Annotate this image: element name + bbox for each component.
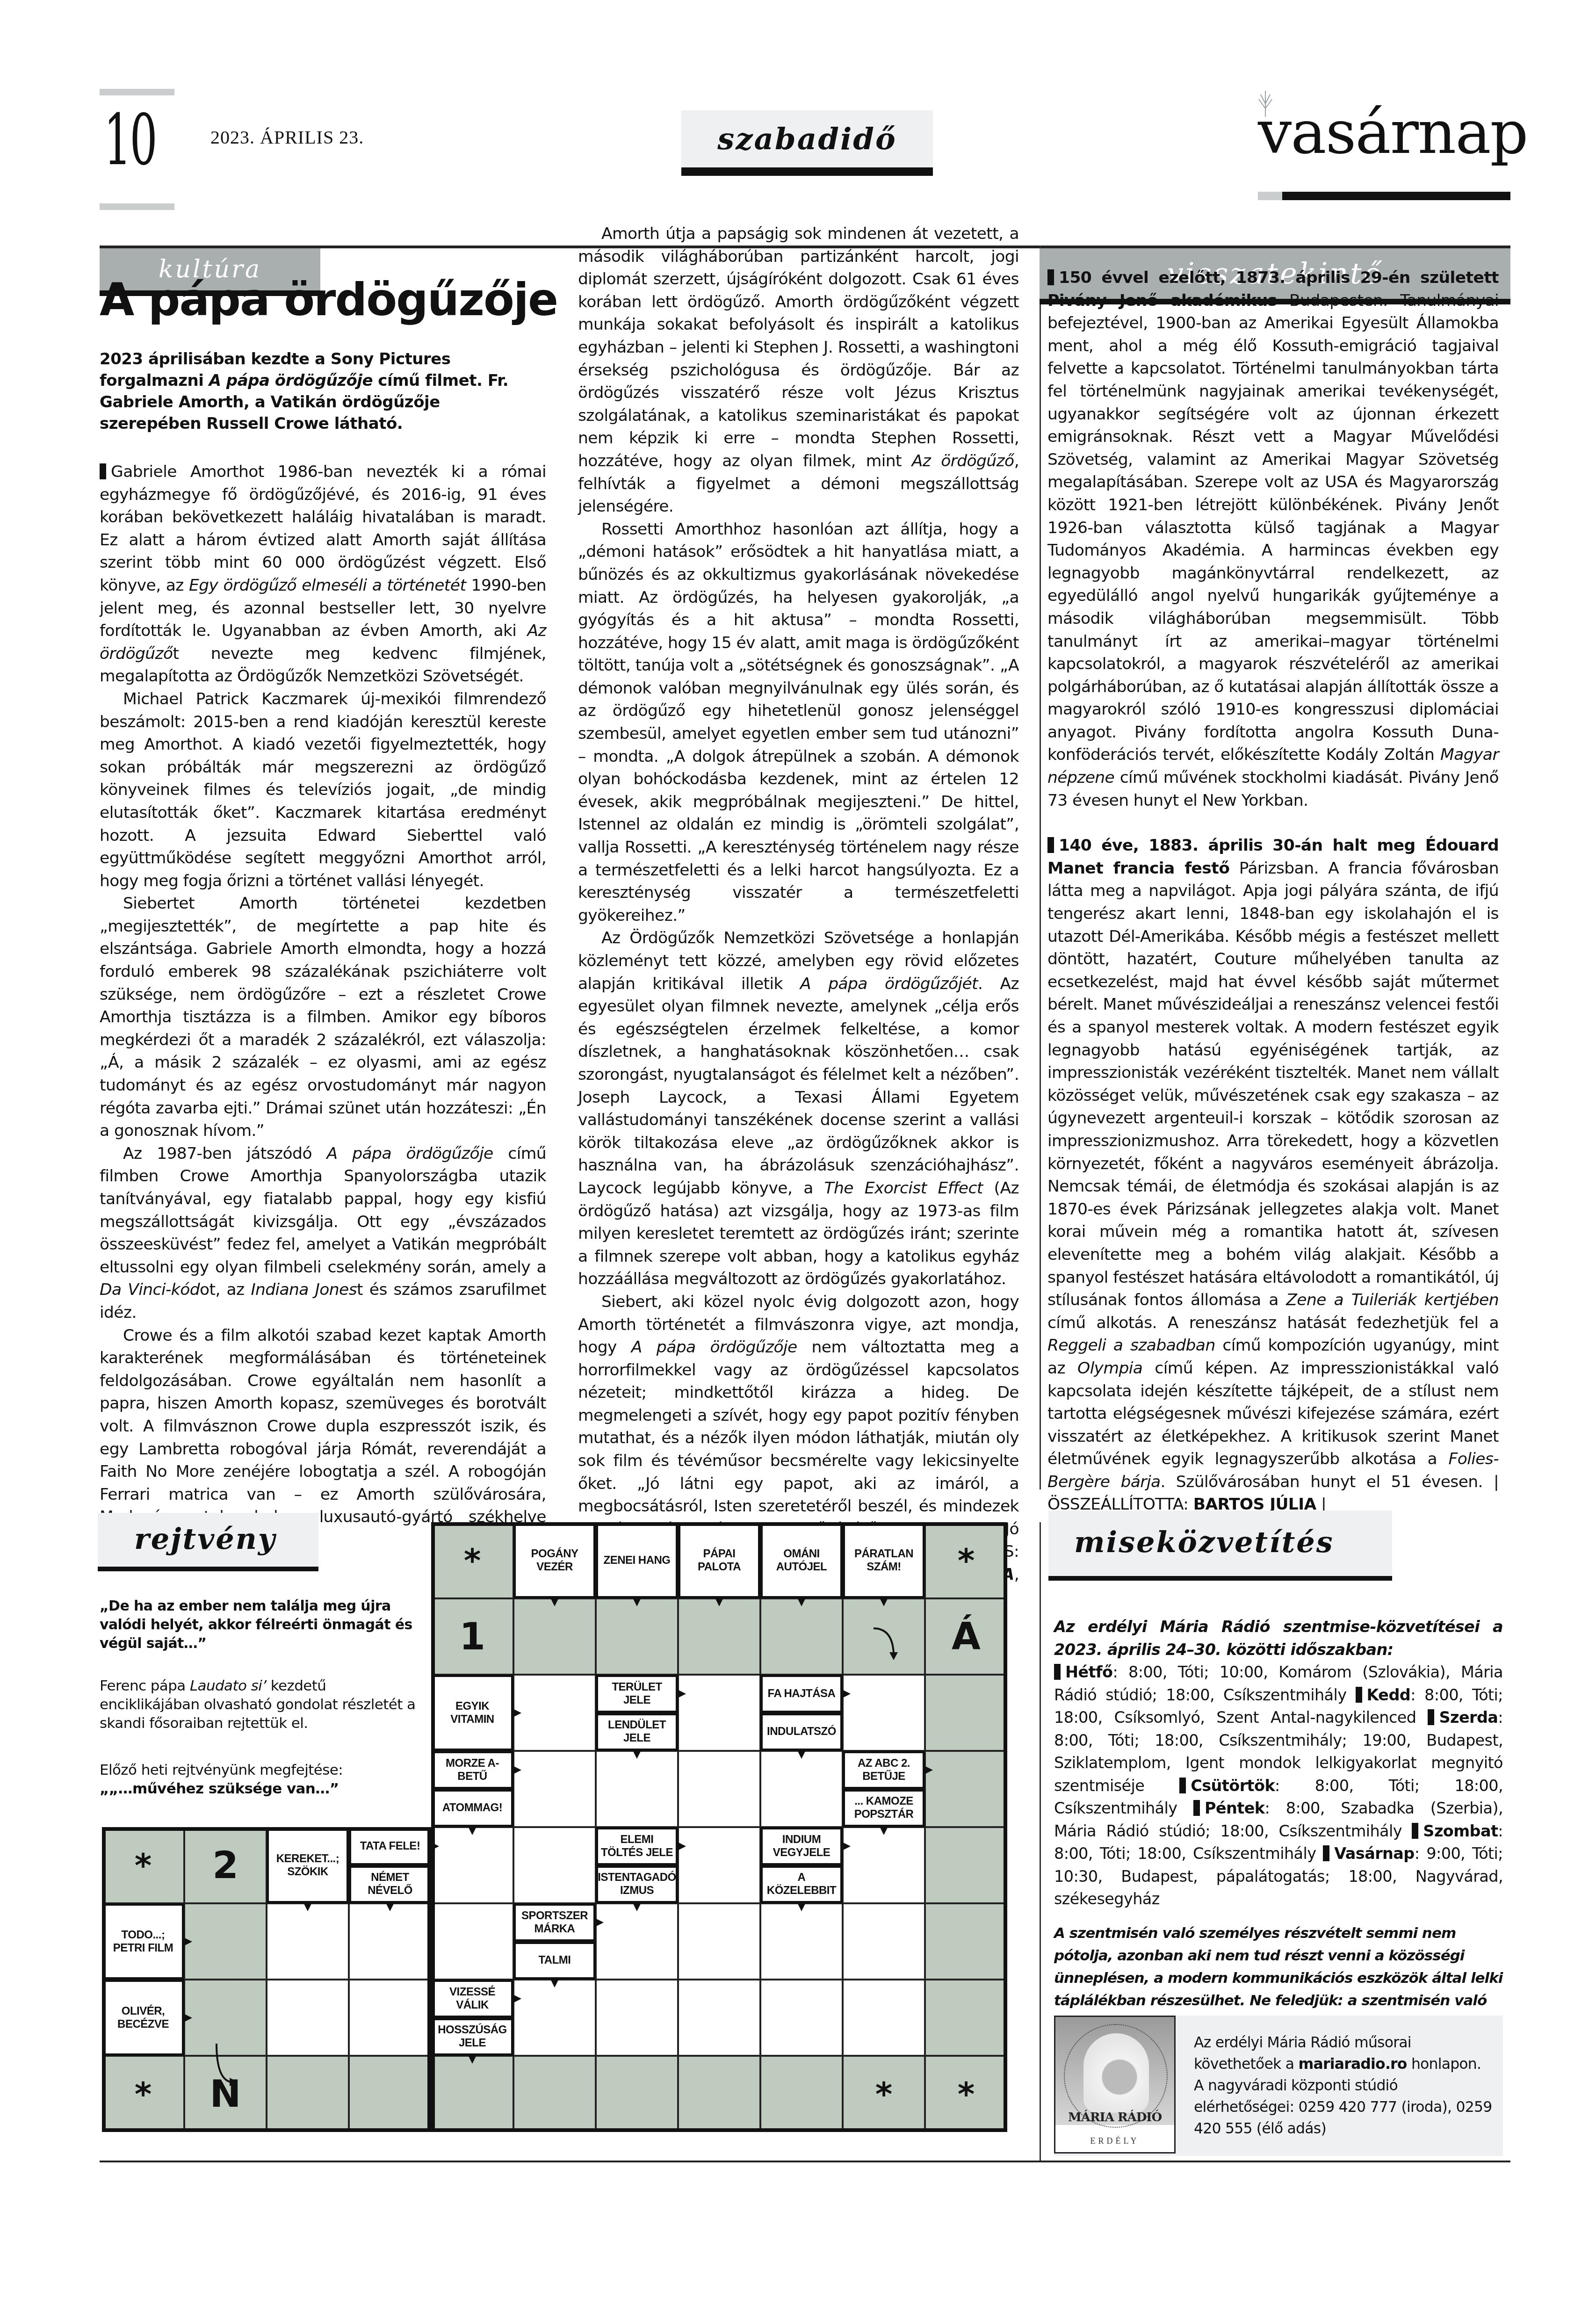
answer-cell-highlighted[interactable] [760, 2056, 843, 2132]
answer-cell[interactable] [843, 1903, 925, 1980]
text-run: Michael Patrick Kaczmarek új-mexikói fil… [100, 690, 546, 890]
text-run: Budapesten. Tanulmányai befejeztével, 19… [1047, 291, 1499, 765]
maria-radio-logo: MÁRIA RÁDIÓ ERDÉLY [1054, 2016, 1176, 2154]
clue-cell: FA HAJTÁSA [760, 1675, 843, 1713]
clue-cell: NÉMET NÉVELŐ [349, 1865, 431, 1904]
given-letter-cell: * [925, 1522, 1007, 1598]
text-run: Olympia [1077, 1359, 1142, 1378]
text-run: Da Vinci-kód [100, 1280, 200, 1299]
bullet-square-icon [1047, 269, 1054, 285]
mass-day: Hétfő [1065, 1663, 1112, 1681]
text-run: A pápa ördögűzője [209, 371, 373, 390]
clue-cell: ... KAMOZE POPSZTÁR [843, 1789, 925, 1828]
text-run: The Exorcist Effect [824, 1179, 983, 1198]
clue-cell: TODO...; PETRI FILM [102, 1903, 184, 1980]
answer-cell-highlighted[interactable] [678, 1598, 760, 1675]
article-lead: 2023 áprilisában kezdte a Sony Pictures … [100, 348, 546, 434]
mass-intro: Az erdélyi Mária Rádió szentmise-közvetí… [1054, 1618, 1503, 1659]
mass-day: Szombat [1423, 1822, 1498, 1840]
clue-cell: PÁRATLAN SZÁM! [843, 1522, 925, 1598]
given-letter-cell: * [925, 2056, 1007, 2132]
answer-cell[interactable] [267, 1980, 349, 2056]
answer-cell[interactable] [513, 1827, 596, 1903]
article-headline: A pápa ördögűzője [100, 274, 557, 326]
mass-day: Péntek [1205, 1799, 1265, 1817]
clue-cell: AZ ABC 2. BETŰJE [843, 1751, 925, 1789]
bullet-square-icon [1193, 1800, 1200, 1816]
publication-logo: vasárnap [1258, 94, 1510, 164]
text-run: Párizsban. A francia fővárosban látta me… [1047, 859, 1499, 1309]
page-number-bar-top [100, 89, 174, 95]
bullet-square-icon [1323, 1845, 1329, 1861]
answer-cell[interactable] [678, 1751, 760, 1827]
clue-cell: POGÁNY VEZÉR [513, 1522, 596, 1598]
answer-cell-highlighted[interactable] [267, 2056, 349, 2132]
answer-cell-highlighted[interactable] [596, 1598, 678, 1675]
answer-cell-highlighted[interactable] [843, 1598, 925, 1675]
given-letter-cell: * [102, 1827, 184, 1903]
answer-cell[interactable] [760, 1903, 843, 1980]
text-run: . Az egyesület olyan filmnek nevezte, am… [578, 975, 1019, 1198]
clue-cell: PÁPAI PALOTA [678, 1522, 760, 1598]
logo-name: MÁRIA RÁDIÓ [1055, 2110, 1174, 2125]
article-column-1: Gabriele Amorthot 1986-ban nevezték ki a… [100, 461, 546, 1552]
text-run: című filmben Crowe Amorthja Spanyolorszá… [100, 1144, 546, 1277]
text-run: Zene a Tuileriák kertjében [1286, 1291, 1499, 1309]
paragraph: Az 1987-ben játszódó A pápa ördögűzője c… [100, 1142, 546, 1324]
given-letter-cell: 2 [184, 1827, 267, 1903]
text-run: című művének stockholmi kiadását. Pivány… [1047, 768, 1499, 810]
section-label-mise: miseközvetítés [1048, 1511, 1392, 1581]
issue-date: 2023. ÁPRILIS 23. [210, 126, 364, 148]
logo-subtitle: ERDÉLY [1055, 2136, 1174, 2146]
answer-cell[interactable] [513, 1751, 596, 1827]
answer-cell-highlighted[interactable] [349, 2056, 431, 2132]
answer-cell[interactable] [596, 1751, 678, 1827]
text-run: Egy ördögűző elmeséli a történetét [189, 576, 466, 595]
clue-cell: TALMI [513, 1942, 596, 1980]
answer-cell[interactable] [596, 1980, 678, 2056]
radio-line-2: honlapon. [1407, 2056, 1481, 2073]
paragraph: Rossetti Amorthhoz hasonlóan azt állítja… [578, 518, 1019, 927]
paragraph: Az Ördögűzők Nemzetközi Szövetsége a hon… [578, 927, 1019, 1291]
clue-cell: EGYIK VITAMIN [431, 1675, 513, 1751]
clue-cell: TATA FELE! [349, 1827, 431, 1865]
answer-cell[interactable] [513, 1675, 596, 1751]
answer-cell[interactable] [349, 1903, 431, 1980]
text-run: Gabriele Amorthot 1986-ban nevezték ki a… [100, 463, 546, 595]
bullet-square-icon [1054, 1664, 1061, 1680]
article-column-2: Amorth útja a papságig sok mindenen át v… [578, 223, 1019, 1609]
logo-underline [1258, 192, 1510, 200]
clue-cell: ZENEI HANG [596, 1522, 678, 1598]
mass-schedule: Az erdélyi Mária Rádió szentmise-közvetí… [1054, 1616, 1503, 1911]
clue-cell: INDIUM VEGYJELE [760, 1827, 843, 1865]
answer-cell-highlighted[interactable] [925, 1827, 1007, 1903]
clue-cell: VIZESSÉ VÁLIK [431, 1980, 513, 2018]
text-run: A pápa ördögűzőjét [800, 975, 978, 993]
paragraph: 150 évvel ezelőtt, 1873. április 29-én s… [1047, 267, 1499, 812]
given-letter-cell: 1 [431, 1598, 513, 1675]
clue-cell: ISTENTAGADÓ IZMUS [596, 1865, 678, 1904]
answer-cell[interactable] [431, 1827, 513, 1903]
retrospective-column: 150 évvel ezelőtt, 1873. április 29-én s… [1047, 267, 1499, 1516]
page-number-bar-bottom [100, 203, 174, 210]
text-run: ot, az [200, 1280, 251, 1299]
page-number: 10 [104, 105, 156, 175]
given-letter-cell: Á [925, 1598, 1007, 1675]
bottom-rule [100, 2161, 1510, 2162]
mass-day: Kedd [1367, 1686, 1411, 1704]
radio-contacts: A nagyváradi központi stúdió elérhetőség… [1194, 2077, 1492, 2137]
answer-cell[interactable] [678, 1827, 760, 1903]
answer-cell[interactable] [513, 1980, 596, 2056]
text-run: Az 1987-ben játszódó [123, 1144, 327, 1163]
clue-cell: A KÖZELEBBIT [760, 1865, 843, 1904]
text-run: Amorth útja a papságig sok mindenen át v… [578, 224, 1019, 470]
clue-cell: INDULATSZÓ [760, 1713, 843, 1751]
text-run: című alkotás. A reneszánsz hatását fedez… [1047, 1314, 1499, 1332]
mass-day: Csütörtök [1191, 1777, 1275, 1795]
answer-cell[interactable] [678, 1980, 760, 2056]
radio-info-text: Az erdélyi Mária Rádió műsorai követhető… [1194, 2032, 1498, 2139]
answer-cell-highlighted[interactable] [184, 1980, 267, 2056]
column-divider [1040, 246, 1041, 1489]
column-divider-bottom [1040, 1522, 1041, 2161]
answer-cell[interactable] [596, 1903, 678, 1980]
given-letter-cell: * [843, 2056, 925, 2132]
answer-cell[interactable] [760, 1751, 843, 1827]
answer-cell[interactable] [431, 1903, 513, 1980]
clue-cell: OLIVÉR, BECÉZVE [102, 1980, 184, 2056]
answer-cell[interactable] [267, 1903, 349, 1980]
text-run: Siebertet Amorth történetei kezdetben „m… [100, 894, 546, 1140]
paragraph: Siebertet Amorth történetei kezdetben „m… [100, 892, 546, 1142]
given-letter-cell: * [431, 1522, 513, 1598]
section-tab: szabadidő [681, 110, 933, 176]
paragraph: Michael Patrick Kaczmarek új-mexikói fil… [100, 688, 546, 892]
answer-cell[interactable] [760, 1980, 843, 2056]
clue-cell: SPORTSZER MÁRKA [513, 1903, 596, 1942]
text-run: Indiana Jones [251, 1280, 357, 1299]
answer-cell[interactable] [843, 1827, 925, 1903]
clue-cell: MORZE A-BETŰ [431, 1751, 513, 1789]
answer-cell-highlighted[interactable] [925, 1980, 1007, 2056]
text-run: Az ördögűző [912, 452, 1014, 470]
text-run: A pápa ördögűzője [327, 1144, 493, 1163]
text-run: Rossetti Amorthhoz hasonlóan azt állítja… [578, 520, 1019, 925]
bullet-square-icon [1179, 1778, 1186, 1793]
answer-cell-highlighted[interactable] [925, 1675, 1007, 1751]
clue-cell: LENDÜLET JELE [596, 1713, 678, 1751]
paragraph: 140 éve, 1883. április 30-án halt meg Éd… [1047, 834, 1499, 1516]
bullet-square-icon [1356, 1687, 1362, 1703]
clue-cell: OMÁNI AUTÓJEL [760, 1522, 843, 1598]
crossword-grid: *POGÁNY VEZÉRZENEI HANGPÁPAI PALOTAOMÁNI… [102, 1522, 1007, 2131]
bullet-square-icon [1047, 837, 1054, 853]
publication-name: vasárnap [1258, 103, 1528, 163]
answer-cell-highlighted[interactable] [925, 1751, 1007, 1827]
answer-cell-highlighted[interactable] [184, 1903, 267, 1980]
answer-cell[interactable] [843, 1980, 925, 2056]
given-letter-cell: * [102, 2056, 184, 2132]
answer-cell[interactable] [678, 1903, 760, 1980]
madonna-image [1083, 2033, 1149, 2113]
clue-cell: ATOMMAG! [431, 1789, 513, 1828]
section-title: szabadidő [717, 122, 897, 157]
clue-cell: KEREKET...; SZÖKIK [267, 1827, 349, 1903]
text-run: . Szülővárosában hunyt el 51 évesen. | [1160, 1473, 1499, 1491]
answer-cell-highlighted[interactable] [513, 1598, 596, 1675]
clue-cell: HOSSZÚSÁG JELE [431, 2018, 513, 2056]
radio-website-link[interactable]: mariaradio.ro [1298, 2056, 1407, 2073]
given-letter-cell: N [184, 2056, 267, 2132]
answer-cell[interactable] [678, 1675, 760, 1751]
text-run: A pápa ördögűzője [631, 1338, 797, 1357]
bullet-square-icon [1412, 1823, 1418, 1839]
answer-cell-highlighted[interactable] [760, 1598, 843, 1675]
bullet-square-icon [1428, 1709, 1434, 1725]
mass-day: Vasárnap [1334, 1844, 1414, 1863]
answer-cell-highlighted[interactable] [513, 2056, 596, 2132]
answer-cell-highlighted[interactable] [431, 2056, 513, 2132]
paragraph: Gabriele Amorthot 1986-ban nevezték ki a… [100, 461, 546, 688]
answer-cell-highlighted[interactable] [678, 2056, 760, 2132]
answer-cell-highlighted[interactable] [596, 2056, 678, 2132]
bullet-square-icon [100, 463, 106, 479]
answer-cell-highlighted[interactable] [925, 1903, 1007, 1980]
answer-cell[interactable] [843, 1675, 925, 1751]
text-run: Reggeli a szabadban [1047, 1336, 1215, 1355]
paragraph: Amorth útja a papságig sok mindenen át v… [578, 223, 1019, 518]
mass-day: Szerda [1439, 1708, 1498, 1727]
clue-cell: ELEMI TÖLTÉS JELE [596, 1827, 678, 1865]
answer-cell[interactable] [349, 1980, 431, 2056]
clue-cell: TERÜLET JELE [596, 1675, 678, 1713]
